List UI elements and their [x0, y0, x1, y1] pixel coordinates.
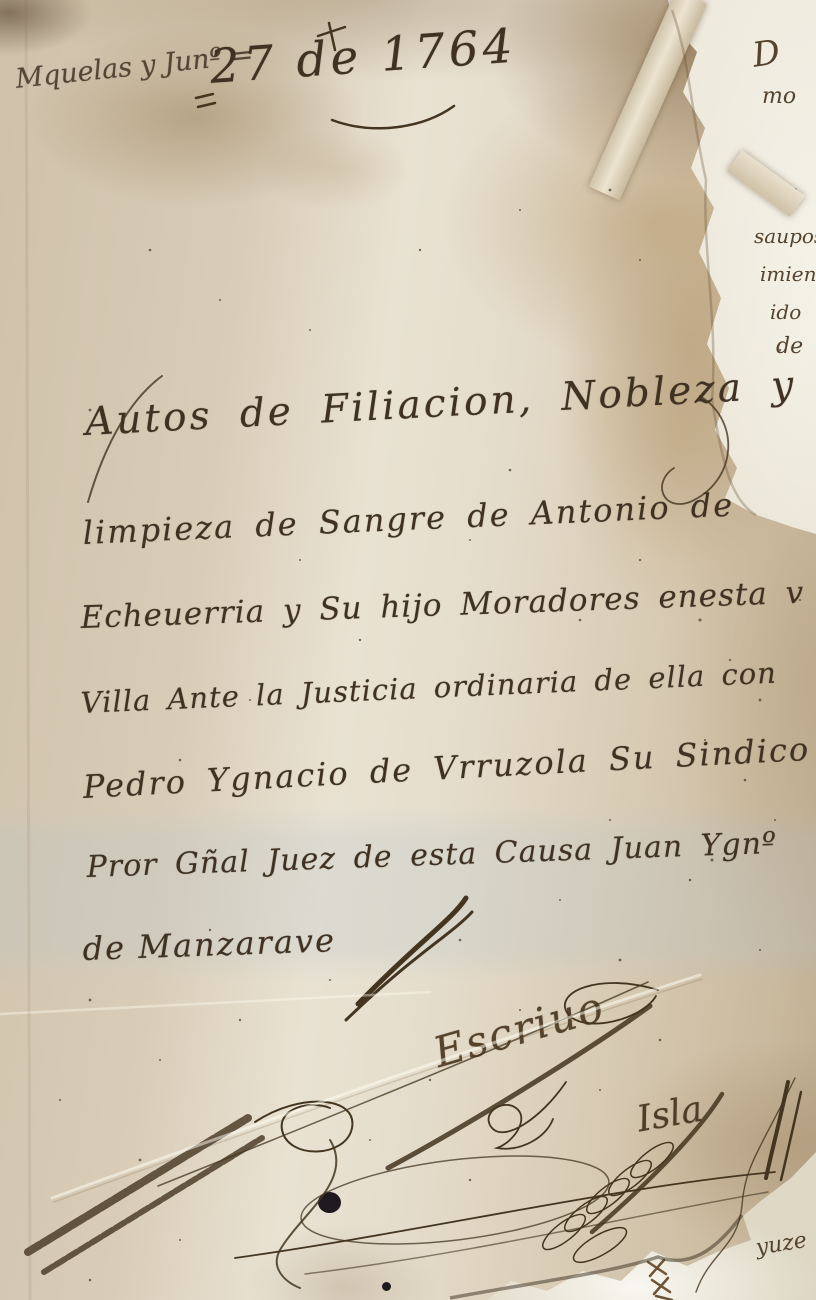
underlay-fragment: imien	[760, 262, 816, 286]
underlay-fragment: mo	[762, 84, 796, 109]
underlay-fragment: de	[776, 334, 803, 359]
ink-blot	[318, 1192, 341, 1213]
underlay-fragment: D	[750, 32, 783, 75]
manuscript-scan-root: D mo mi sauposi imien ido de yuze Mquela…	[0, 0, 816, 1300]
underlay-fragment: yuze	[754, 1228, 808, 1261]
ink-blot-small	[382, 1282, 391, 1291]
underlay-fragment: ido	[770, 300, 801, 324]
underlay-fragment: sauposi	[754, 224, 816, 248]
